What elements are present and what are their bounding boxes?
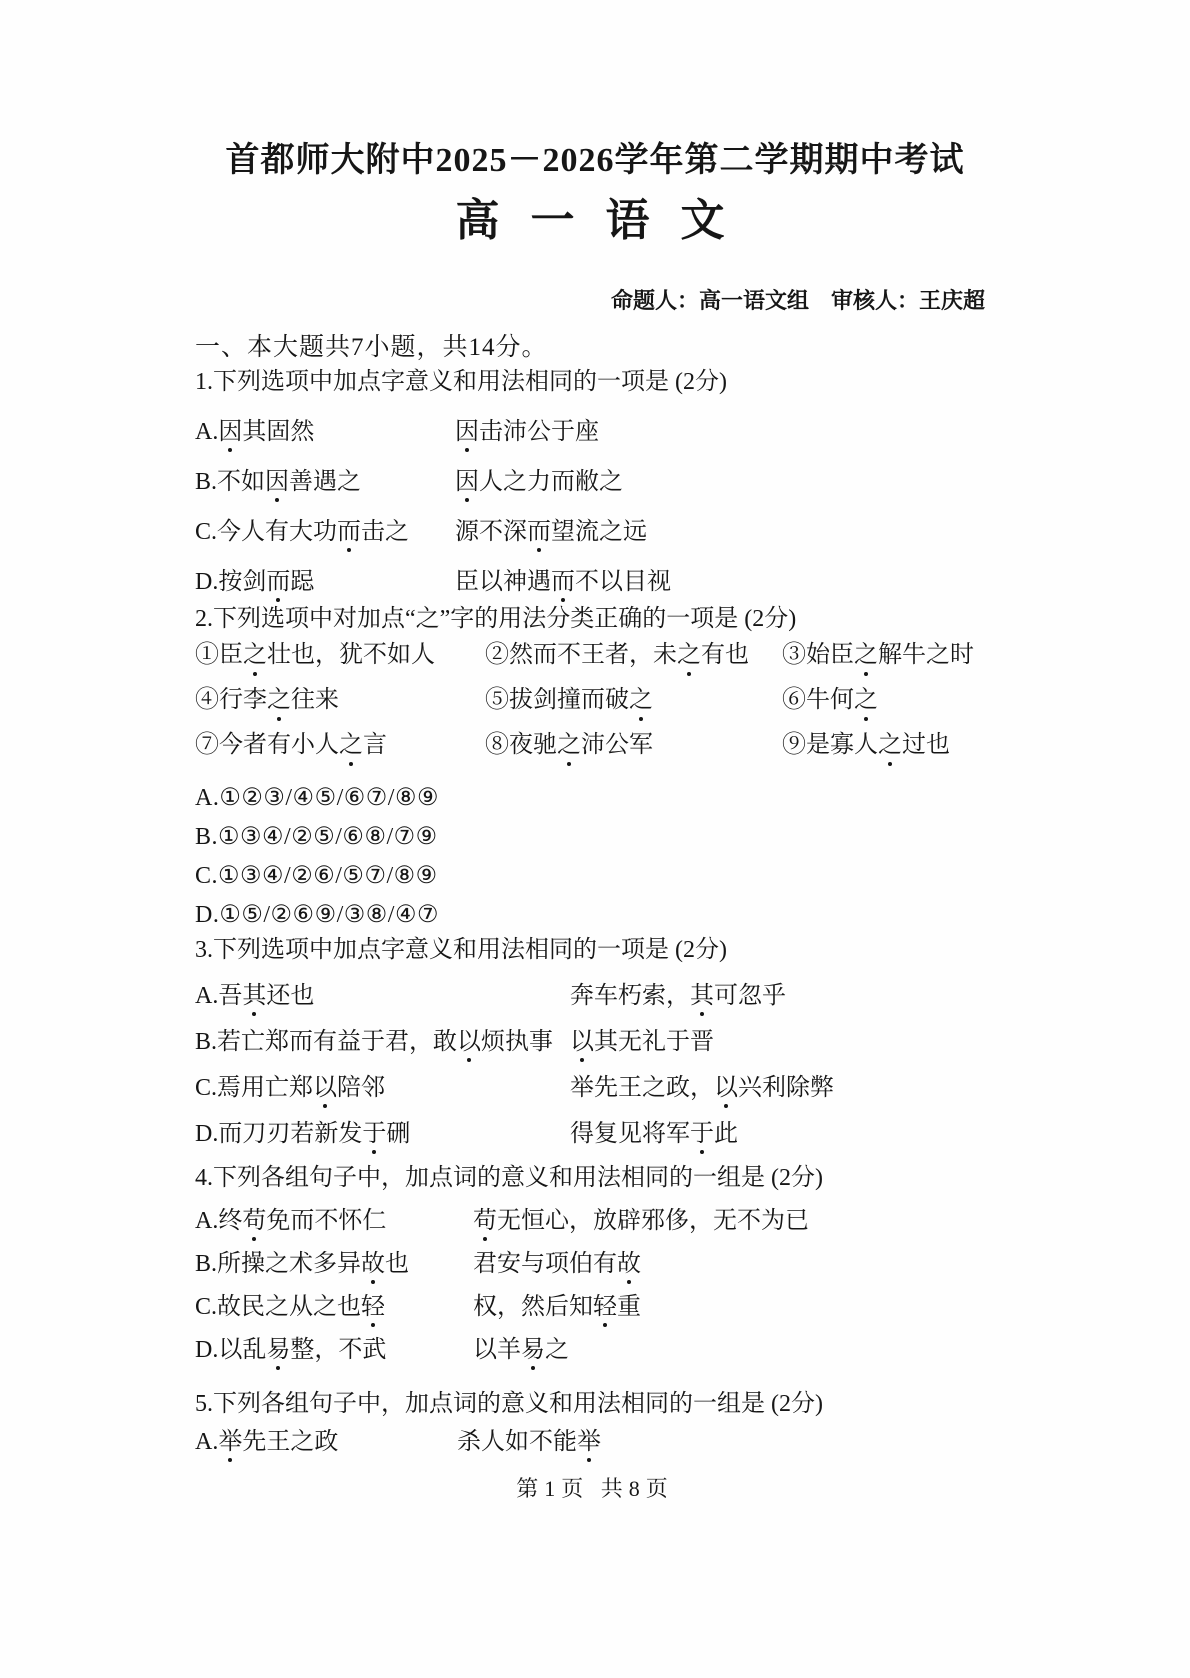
q4-option-B-left: B.所操之术多异故也 (195, 1249, 473, 1279)
dotted-char: 之 (878, 729, 902, 761)
q4-option-D-left: D.以乱易整，不武 (195, 1335, 473, 1365)
q1-option-B-right: 因人之力而敝之 (455, 467, 623, 497)
dotted-char: 故 (617, 1249, 641, 1279)
q1-option-D-left: D.按剑而跽 (195, 567, 455, 597)
q2-item-7: ⑦今者有小人之言 (195, 729, 485, 761)
dotted-char: 之 (339, 729, 363, 761)
q1-stem: 1.下列选项中加点字意义和用法相同的一项是 (2分) (195, 367, 995, 397)
q1-option-C-left: C.今人有大功而击之 (195, 517, 455, 547)
q3-option-D-left: D.而刀刃若新发于硎 (195, 1119, 570, 1149)
exam-title: 首都师大附中2025－2026学年第二学期期中考试 (0, 132, 1190, 181)
q5-option-A-right: 杀人如不能举 (457, 1427, 601, 1457)
q5-option-row-A: A.举先王之政杀人如不能举 (195, 1427, 995, 1457)
dotted-char: 之 (267, 684, 291, 716)
dotted-char: 轻 (593, 1292, 617, 1322)
q2-item-5: ⑤拔剑撞而破之 (485, 684, 782, 716)
q3-option-C-left: C.焉用亡郑以陪邻 (195, 1073, 570, 1103)
q4-option-C-right: 权，然后知轻重 (473, 1292, 641, 1322)
dotted-char: 其 (242, 981, 266, 1011)
dotted-char: 之 (677, 639, 701, 671)
dotted-char: 以 (714, 1073, 738, 1103)
dotted-char: 因 (265, 467, 289, 497)
q3-option-B-left: B.若亡郑而有益于君，敢以烦执事 (195, 1027, 570, 1057)
q2-item-4: ④行李之往来 (195, 684, 485, 716)
dotted-char: 苟 (473, 1206, 497, 1236)
dotted-char: 于 (690, 1119, 714, 1149)
q2-item-1: ①臣之壮也，犹不如人 (195, 639, 485, 671)
q3-option-B-right: 以其无礼于晋 (570, 1027, 714, 1057)
exam-paper-page: 首都师大附中2025－2026学年第二学期期中考试 高 一 语 文 命题人：高一… (0, 0, 1190, 1678)
q1-option-row-D: D.按剑而跽臣以神遇而不以目视 (195, 567, 995, 597)
q4-option-A-right: 苟无恒心，放辟邪侈，无不为已 (473, 1206, 809, 1236)
dotted-char: 而 (266, 567, 290, 597)
q1-option-B-left: B.不如因善遇之 (195, 467, 455, 497)
q4-stem: 4.下列各组句子中，加点词的意义和用法相同的一组是 (2分) (195, 1163, 995, 1193)
dotted-char: 之 (557, 729, 581, 761)
q3-option-D-right: 得复见将军于此 (570, 1119, 738, 1149)
dotted-char: 举 (218, 1427, 242, 1457)
dotted-char: 之 (854, 684, 878, 716)
question-q1: 1.下列选项中加点字意义和用法相同的一项是 (2分)A.因其固然因击沛公于座B.… (195, 367, 995, 597)
q3-option-row-A: A.吾其还也奔车朽索，其可忽乎 (195, 981, 995, 1011)
question-q4: 4.下列各组句子中，加点词的意义和用法相同的一组是 (2分)A.终苟免而不怀仁苟… (195, 1163, 995, 1365)
dotted-char: 而 (527, 517, 551, 547)
q1-option-row-A: A.因其固然因击沛公于座 (195, 417, 995, 447)
dotted-char: 而 (337, 517, 361, 547)
dotted-char: 易 (266, 1335, 290, 1365)
q4-option-D-right: 以羊易之 (473, 1335, 569, 1365)
q1-option-row-C: C.今人有大功而击之源不深而望流之远 (195, 517, 995, 547)
question-q5: 5.下列各组句子中，加点词的意义和用法相同的一组是 (2分)A.举先王之政杀人如… (195, 1389, 995, 1457)
byline-setter-reviewer: 命题人：高一语文组 审核人：王庆超 (611, 284, 985, 315)
exam-subject-title: 高 一 语 文 (0, 184, 1190, 248)
q2-item-9: ⑨是寡人之过也 (782, 729, 995, 761)
dotted-char: 之 (854, 639, 878, 671)
q3-option-row-C: C.焉用亡郑以陪邻举先王之政，以兴利除弊 (195, 1073, 995, 1103)
dotted-char: 于 (362, 1119, 386, 1149)
dotted-char: 以 (570, 1027, 594, 1057)
q3-stem: 3.下列选项中加点字意义和用法相同的一项是 (2分) (195, 935, 995, 965)
dotted-char: 其 (690, 981, 714, 1011)
dotted-char: 因 (218, 417, 242, 447)
q4-option-B-right: 君安与项伯有故 (473, 1249, 641, 1279)
question-q3: 3.下列选项中加点字意义和用法相同的一项是 (2分)A.吾其还也奔车朽索，其可忽… (195, 935, 995, 1149)
q1-option-C-right: 源不深而望流之远 (455, 517, 647, 547)
dotted-char: 而 (551, 567, 575, 597)
questions-container: 1.下列选项中加点字意义和用法相同的一项是 (2分)A.因其固然因击沛公于座B.… (195, 367, 995, 1457)
dotted-char: 因 (455, 417, 479, 447)
q1-option-A-right: 因击沛公于座 (455, 417, 599, 447)
q2-numbered-items: ①臣之壮也，犹不如人②然而不王者，未之有也③始臣之解牛之时④行李之往来⑤拔剑撞而… (195, 639, 995, 774)
q1-option-A-left: A.因其固然 (195, 417, 455, 447)
dotted-char: 以 (457, 1027, 481, 1057)
q3-option-A-left: A.吾其还也 (195, 981, 570, 1011)
q2-choice-A: A.①②③/④⑤/⑥⑦/⑧⑨ (195, 783, 995, 813)
dotted-char: 易 (521, 1335, 545, 1365)
dotted-char: 苟 (242, 1206, 266, 1236)
q4-option-C-left: C.故民之从之也轻 (195, 1292, 473, 1322)
dotted-char: 之 (243, 639, 267, 671)
question-q2: 2.下列选项中对加点“之”字的用法分类正确的一项是 (2分)①臣之壮也，犹不如人… (195, 604, 995, 930)
q4-option-row-A: A.终苟免而不怀仁苟无恒心，放辟邪侈，无不为已 (195, 1206, 995, 1236)
dotted-char: 之 (629, 684, 653, 716)
q4-option-A-left: A.终苟免而不怀仁 (195, 1206, 473, 1236)
q2-item-3: ③始臣之解牛之时 (782, 639, 995, 671)
q4-option-row-B: B.所操之术多异故也君安与项伯有故 (195, 1249, 995, 1279)
page-footer: 第1页 共8页 (0, 1472, 1190, 1503)
dotted-char: 因 (455, 467, 479, 497)
q2-choice-D: D.①⑤/②⑥⑨/③⑧/④⑦ (195, 900, 995, 930)
dotted-char: 以 (313, 1073, 337, 1103)
q3-option-A-right: 奔车朽索，其可忽乎 (570, 981, 786, 1011)
exam-body: 一、本大题共7小题，共14分。 1.下列选项中加点字意义和用法相同的一项是 (2… (195, 333, 995, 1457)
q2-choice-B: B.①③④/②⑤/⑥⑧/⑦⑨ (195, 822, 995, 852)
q4-option-row-D: D.以乱易整，不武以羊易之 (195, 1335, 995, 1365)
q3-option-C-right: 举先王之政，以兴利除弊 (570, 1073, 834, 1103)
q2-stem: 2.下列选项中对加点“之”字的用法分类正确的一项是 (2分) (195, 604, 995, 634)
section-heading: 一、本大题共7小题，共14分。 (195, 333, 995, 363)
q2-item-6: ⑥牛何之 (782, 684, 995, 716)
q2-item-2: ②然而不王者，未之有也 (485, 639, 782, 671)
dotted-char: 举 (577, 1427, 601, 1457)
dotted-char: 故 (361, 1249, 385, 1279)
q1-option-row-B: B.不如因善遇之因人之力而敝之 (195, 467, 995, 497)
q3-option-row-D: D.而刀刃若新发于硎得复见将军于此 (195, 1119, 995, 1149)
q3-option-row-B: B.若亡郑而有益于君，敢以烦执事以其无礼于晋 (195, 1027, 995, 1057)
q2-item-8: ⑧夜驰之沛公军 (485, 729, 782, 761)
q1-option-D-right: 臣以神遇而不以目视 (455, 567, 671, 597)
q5-stem: 5.下列各组句子中，加点词的意义和用法相同的一组是 (2分) (195, 1389, 995, 1419)
q5-option-A-left: A.举先王之政 (195, 1427, 457, 1457)
q4-option-row-C: C.故民之从之也轻权，然后知轻重 (195, 1292, 995, 1322)
dotted-char: 轻 (361, 1292, 385, 1322)
q2-choice-C: C.①③④/②⑥/⑤⑦/⑧⑨ (195, 861, 995, 891)
